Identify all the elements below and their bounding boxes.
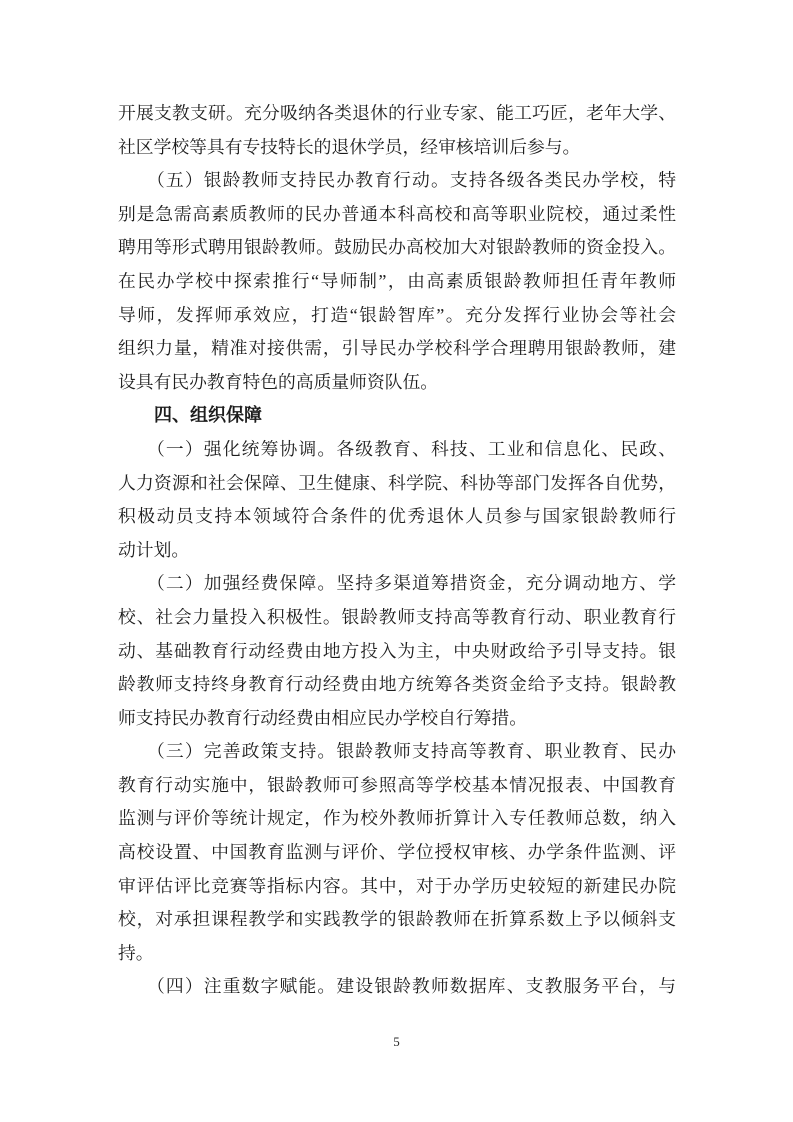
text-line: 动计划。 [118,534,676,568]
document-lines: 开展支教支研。充分吸纳各类退休的行业专家、能工巧匠，老年大学、社区学校等具有专技… [118,97,676,1004]
section-heading: 四、组织保障 [118,399,676,433]
text-line: （五）银龄教师支持民办教育行动。支持各级各类民办学校，特 [118,164,676,198]
text-line: 设具有民办教育特色的高质量师资队伍。 [118,366,676,400]
text-line: （四）注重数字赋能。建设银龄教师数据库、支教服务平台，与 [118,970,676,1004]
text-line: 龄教师支持终身教育行动经费由地方统筹各类资金给予支持。银龄教 [118,668,676,702]
text-line: 社区学校等具有专技特长的退休学员，经审核培训后参与。 [118,131,676,165]
text-line: （一）强化统筹协调。各级教育、科技、工业和信息化、民政、 [118,433,676,467]
text-line: 组织力量，精准对接供需，引导民办学校科学合理聘用银龄教师，建 [118,332,676,366]
text-line: 持。 [118,937,676,971]
text-line: 导师，发挥师承效应，打造“银龄智库”。充分发挥行业协会等社会 [118,299,676,333]
text-line: 动、基础教育行动经费由地方投入为主，中央财政给予引导支持。银 [118,635,676,669]
text-line: 别是急需高素质教师的民办普通本科高校和高等职业院校，通过柔性 [118,198,676,232]
text-line: 校，对承担课程教学和实践教学的银龄教师在折算系数上予以倾斜支 [118,903,676,937]
page-number: 5 [0,1034,793,1050]
text-line: 审评估评比竞赛等指标内容。其中，对于办学历史较短的新建民办院 [118,870,676,904]
text-line: 高校设置、中国教育监测与评价、学位授权审核、办学条件监测、评 [118,836,676,870]
text-line: （三）完善政策支持。银龄教师支持高等教育、职业教育、民办 [118,735,676,769]
text-line: 监测与评价等统计规定，作为校外教师折算计入专任教师总数，纳入 [118,802,676,836]
text-line: （二）加强经费保障。坚持多渠道筹措资金，充分调动地方、学 [118,567,676,601]
text-line: 聘用等形式聘用银龄教师。鼓励民办高校加大对银龄教师的资金投入。 [118,231,676,265]
text-line: 积极动员支持本领域符合条件的优秀退休人员参与国家银龄教师行 [118,500,676,534]
text-line: 人力资源和社会保障、卫生健康、科学院、科协等部门发挥各自优势， [118,467,676,501]
text-line: 在民办学校中探索推行“导师制”，由高素质银龄教师担任青年教师 [118,265,676,299]
text-line: 师支持民办教育行动经费由相应民办学校自行筹措。 [118,702,676,736]
text-line: 开展支教支研。充分吸纳各类退休的行业专家、能工巧匠，老年大学、 [118,97,676,131]
text-line: 教育行动实施中，银龄教师可参照高等学校基本情况报表、中国教育 [118,769,676,803]
text-line: 校、社会力量投入积极性。银龄教师支持高等教育行动、职业教育行 [118,601,676,635]
document-page: 开展支教支研。充分吸纳各类退休的行业专家、能工巧匠，老年大学、社区学校等具有专技… [0,0,793,1122]
